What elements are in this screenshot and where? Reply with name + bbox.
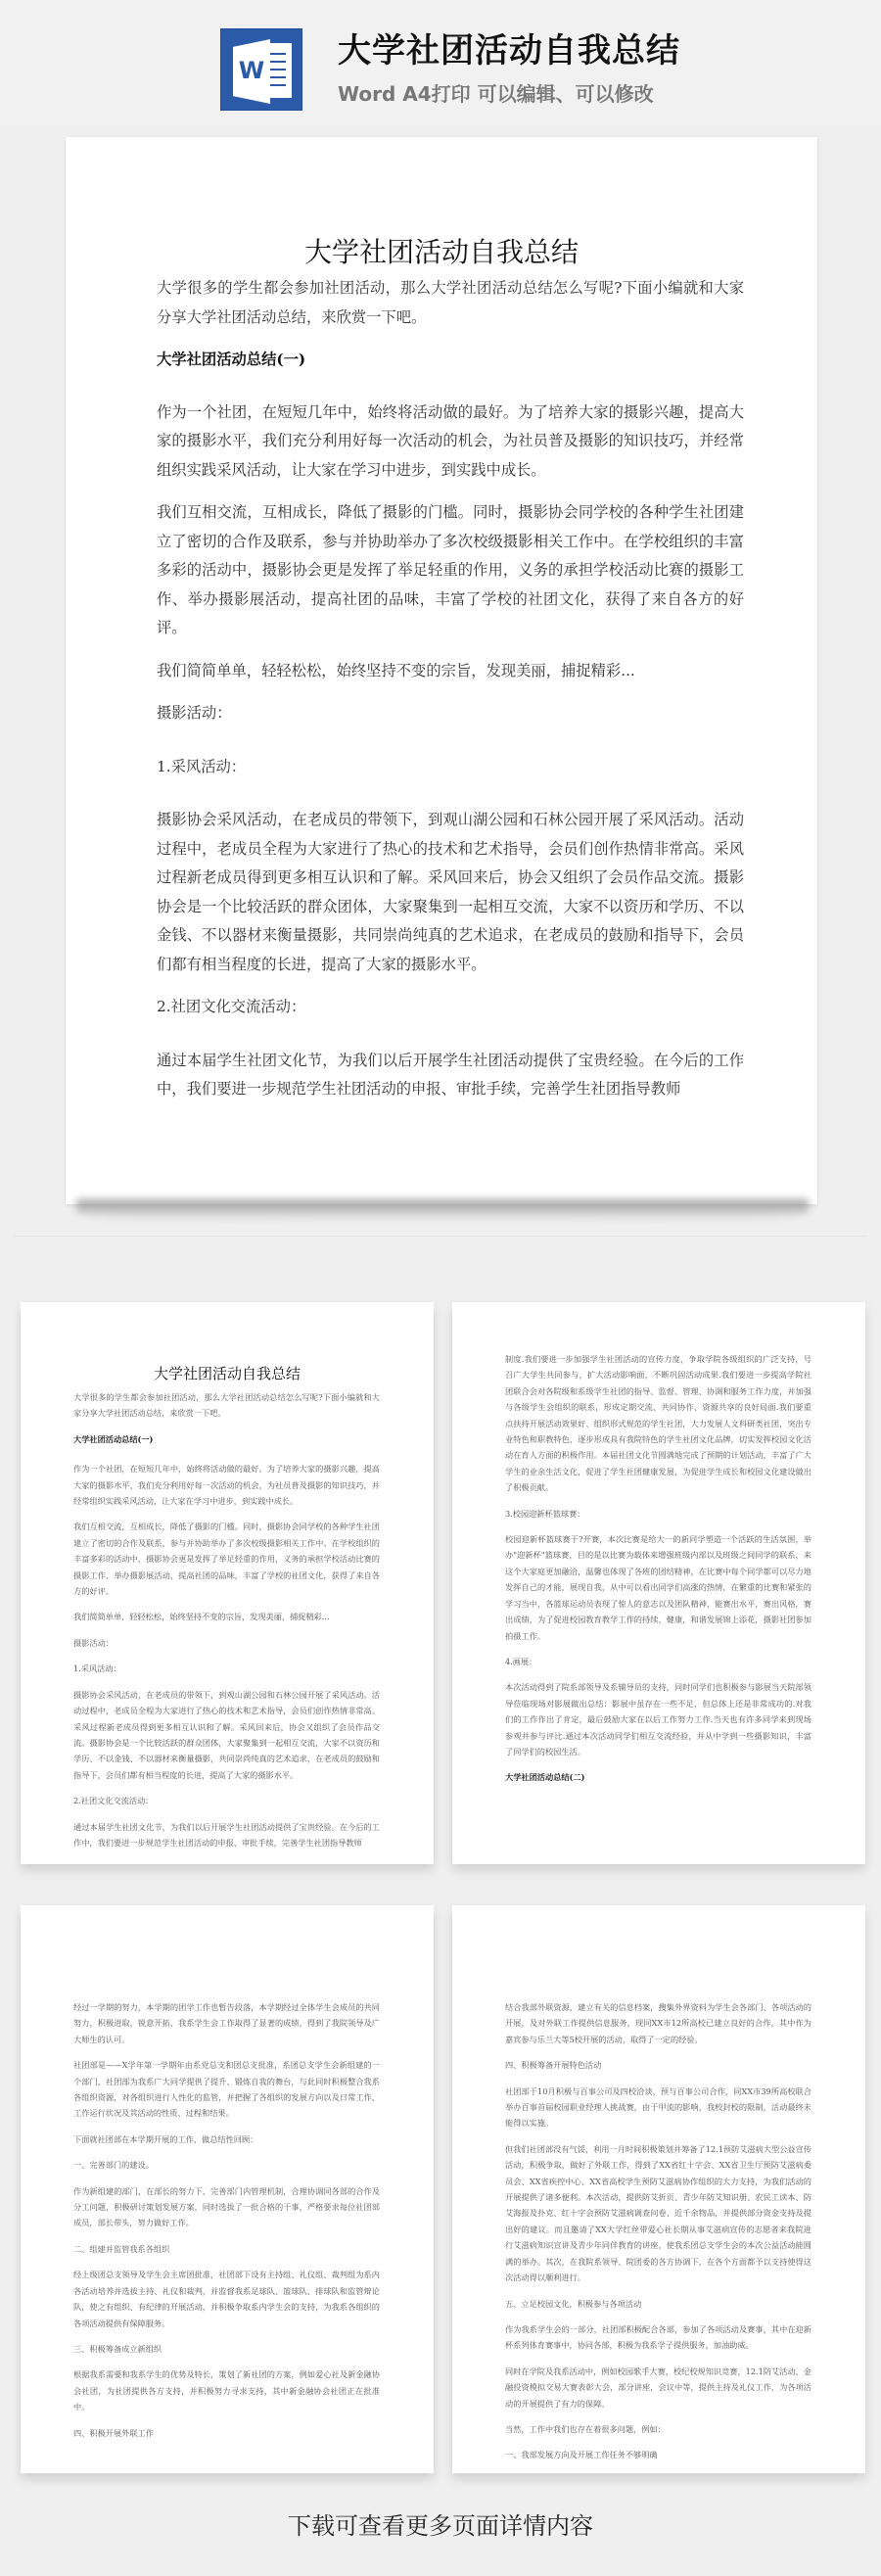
paragraph: 我们互相交流，互相成长，降低了摄影的门槛。同时，摄影协会同学校的各种学生社团建立… [73, 1519, 380, 1599]
paragraph: 1.采风活动： [73, 1661, 380, 1676]
paragraph: 四、积极开展外联工作 [73, 2425, 380, 2441]
paragraph: 二、组建并监管我系各组织 [73, 2241, 380, 2257]
paragraph: 作为新组建的部门，在部长的努力下，完善部门内管理机制，合理协调同各部的合作及分工… [73, 2183, 380, 2231]
paragraph: 但我们社团部没有气馁，利用一月时间积极策划并筹备了12.1预防艾滋病大型公益宣传… [505, 2141, 811, 2286]
banner-subtitle: Word A4打印 可以编辑、可以修改 [338, 78, 654, 107]
banner-title: 大学社团活动自我总结 [338, 23, 680, 71]
page-shadow [76, 1199, 809, 1221]
paragraph: 作为一个社团，在短短几年中，始终将活动做的最好。为了培养大家的摄影兴趣，提高大家… [157, 398, 744, 486]
paragraph: 五、立足校园文化，积极参与各项活动 [505, 2296, 811, 2312]
paragraph: 1.采风活动： [157, 753, 744, 782]
paragraph: 一、完善部门的建设。 [73, 2157, 380, 2173]
paragraph: 摄影活动： [157, 699, 744, 728]
paragraph: 结合我部外联资源，建立有关的信息档案，搜集外界资料为学生会各部门、各项活动的开展… [505, 1999, 811, 2047]
paragraph: 三、积极筹备成立新组织 [73, 2341, 380, 2357]
paragraph: 社团部是——X学年第一学期年由系党总支和团总支批准，系团总支学生会新组建的一个部… [73, 2057, 380, 2122]
page-thumbnail-1[interactable]: 大学社团活动自我总结 大学很多的学生都会参加社团活动，那么大学社团活动总结怎么写… [21, 1302, 434, 1864]
page-thumbnail-4[interactable]: 结合我部外联资源，建立有关的信息档案，搜集外界资料为学生会各部门、各项活动的开展… [452, 1905, 865, 2473]
thumbnail-body: 经过一学期的努力，本学期的团学工作也暂告段落，本学期经过全体学生会成员的共同努力… [21, 1999, 434, 2441]
page-thumbnail-2[interactable]: 制度.我们要进一步加强学生社团活动的宣传力度，争取学院各级组织的广泛支持，号召广… [452, 1302, 865, 1864]
paragraph: 经过一学期的努力，本学期的团学工作也暂告段落，本学期经过全体学生会成员的共同努力… [73, 1999, 380, 2047]
download-more-prompt[interactable]: 下载可查看更多页面详情内容 [0, 2506, 881, 2541]
paragraph: 我们简简单单，轻轻松松，始终坚持不变的宗旨，发现美丽，捕捉精彩... [157, 657, 744, 686]
paragraph: 通过本届学生社团文化节，为我们以后开展学生社团活动提供了宝贵经验。在今后的工作中… [73, 1819, 380, 1851]
paragraph: 制度.我们要进一步加强学生社团活动的宣传力度，争取学院各级组织的广泛支持，号召广… [505, 1351, 811, 1496]
thumbnail-body: 结合我部外联资源，建立有关的信息档案，搜集外界资料为学生会各部门、各项活动的开展… [452, 1999, 865, 2463]
paragraph: 3.校园迎新杯篮球赛： [505, 1506, 811, 1522]
section-heading: 大学社团活动总结(一) [73, 1431, 380, 1447]
paragraph: 四、积极筹备开展特色活动 [505, 2057, 811, 2073]
paragraph: 摄影协会采风活动，在老成员的带领下，到观山湖公园和石林公园开展了采风活动。活动过… [157, 806, 744, 979]
paragraph: 摄影协会采风活动，在老成员的带领下，到观山湖公园和石林公园开展了采风活动。活动过… [73, 1687, 380, 1783]
thumbnail-body: 大学很多的学生都会参加社团活动，那么大学社团活动总结怎么写呢?下面小编就和大家分… [21, 1389, 434, 1850]
paragraph: 当然，工作中我们也存在着很多问题，例如： [505, 2421, 811, 2437]
paragraph: 作为我系学生会的一部分，社团部积极配合各部，参加了各项活动及赛事，其中在迎新杯系… [505, 2321, 811, 2354]
paragraph: 作为一个社团，在短短几年中，始终将活动做的最好。为了培养大家的摄影兴趣，提高大家… [73, 1461, 380, 1509]
word-document-icon: W [220, 28, 302, 111]
paragraph: 大学很多的学生都会参加社团活动，那么大学社团活动总结怎么写呢?下面小编就和大家分… [157, 274, 744, 332]
paragraph: 我们简简单单，轻轻松松，始终坚持不变的宗旨，发现美丽，捕捉精彩... [73, 1609, 380, 1624]
paragraph: 2.社团文化交流活动： [73, 1793, 380, 1808]
paragraph: 社团部于10月积极与百事公司及四校洽谈，预与百事公司合作，同XX市39所高校联合… [505, 2084, 811, 2131]
paragraph: 通过本届学生社团文化节，为我们以后开展学生社团活动提供了宝贵经验。在今后的工作中… [157, 1047, 744, 1104]
paragraph: 同时在学院及我系活动中，例如校园歌手大赛，校纪校规知识竞赛，12.1防艾活动，金… [505, 2364, 811, 2412]
paragraph: 本次活动得到了院系部领导及系辅导员的支持，同时同学们也积极参与影展当天院部领导莅… [505, 1679, 811, 1759]
paragraph: 根据我系需要和我系学生的优势及特长，策划了新社团的方案，例如爱心社及新金融协会社… [73, 2366, 380, 2414]
document-title: 大学社团活动自我总结 [66, 231, 817, 270]
word-letter: W [236, 57, 267, 84]
section-divider [14, 1236, 867, 1237]
paragraph: 我们互相交流，互相成长，降低了摄影的门槛。同时，摄影协会同学校的各种学生社团建立… [157, 498, 744, 643]
paragraph: 4.画展： [505, 1654, 811, 1669]
thumbnail-title: 大学社团活动自我总结 [21, 1363, 434, 1383]
paragraph: 经上级团总支领导及学生会主席团批准，社团部下设有主持组、礼仪组、裁判组为系内各活… [73, 2267, 380, 2331]
page-thumbnail-3[interactable]: 经过一学期的努力，本学期的团学工作也暂告段落，本学期经过全体学生会成员的共同努力… [21, 1905, 434, 2473]
thumbnail-body: 制度.我们要进一步加强学生社团活动的宣传力度，争取学院各级组织的广泛支持，号召广… [452, 1351, 865, 1786]
document-body: 大学很多的学生都会参加社团活动，那么大学社团活动总结怎么写呢?下面小编就和大家分… [157, 274, 744, 1118]
paragraph: 摄影活动： [73, 1635, 380, 1651]
section-heading: 大学社团活动总结(二) [505, 1769, 811, 1785]
paragraph: 下面就社团部在本学期开展的工作，做总结性回顾： [73, 2131, 380, 2147]
main-page-preview: 大学社团活动自我总结 大学很多的学生都会参加社团活动，那么大学社团活动总结怎么写… [66, 137, 817, 1204]
paragraph: 2.社团文化交流活动： [157, 993, 744, 1022]
paragraph: 大学很多的学生都会参加社团活动，那么大学社团活动总结怎么写呢?下面小编就和大家分… [73, 1389, 380, 1422]
paragraph: 校园迎新杯篮球赛于?开赛，本次比赛是给大一的新同学塑造一个活跃的生活氛围，举办"… [505, 1531, 811, 1644]
section-heading: 大学社团活动总结(一) [157, 346, 744, 375]
header-banner: W 大学社团活动自我总结 Word A4打印 可以编辑、可以修改 [0, 0, 881, 125]
paragraph: 一、我部发展方向及开展工作任务不够明确 [505, 2447, 811, 2462]
